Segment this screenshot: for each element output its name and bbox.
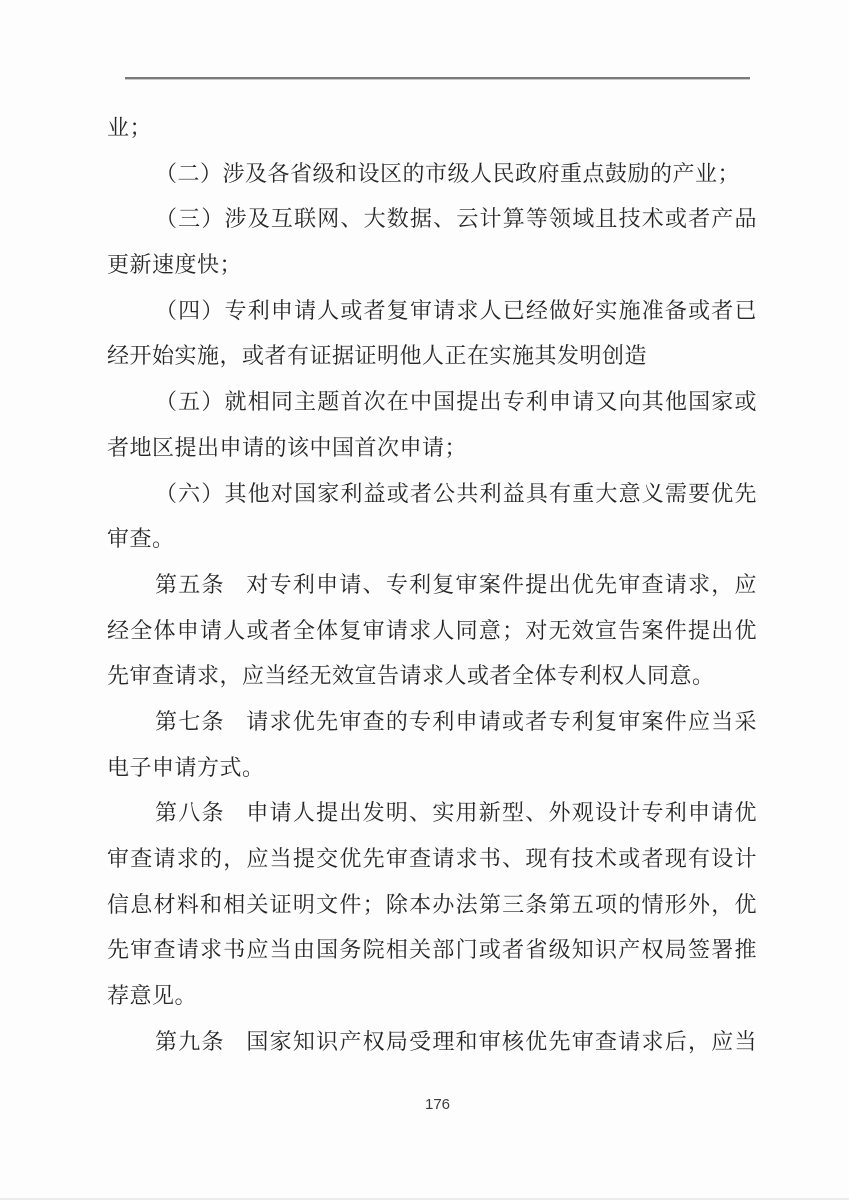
text-line: 第九条国家知识产权局受理和审核优先审查请求后，应当及 (107, 1019, 757, 1065)
text-line: （三）涉及互联网、大数据、云计算等领域且技术或者产品 (107, 196, 757, 242)
text-line: 第八条申请人提出发明、实用新型、外观设计专利申请优先 (107, 790, 757, 836)
text-line: 第七条请求优先审查的专利申请或者专利复审案件应当采用 (107, 699, 757, 745)
text-line: 更新速度快； (107, 242, 757, 288)
ideographic-space (225, 728, 246, 729)
text-line: （二）涉及各省级和设区的市级人民政府重点鼓励的产业； (107, 151, 757, 197)
text-line: 第五条对专利申请、专利复审案件提出优先审查请求，应当 (107, 562, 757, 608)
text-line: （四）专利申请人或者复审请求人已经做好实施准备或者已 (107, 288, 757, 334)
text-line: 经开始实施，或者有证据证明他人正在实施其发明创造 (107, 333, 757, 379)
text-line: （五）就相同主题首次在中国提出专利申请又向其他国家或 (107, 379, 757, 425)
text-line: 业； (107, 105, 757, 151)
text-line: 者地区提出申请的该中国首次申请； (107, 425, 757, 471)
text-line: 经全体申请人或者全体复审请求人同意；对无效宣告案件提出优 (107, 608, 757, 654)
text-line: 信息材料和相关证明文件；除本办法第三条第五项的情形外，优 (107, 882, 757, 928)
ideographic-space (225, 819, 246, 820)
text-line: 先审查请求书应当由国务院相关部门或者省级知识产权局签署推 (107, 927, 757, 973)
page-number: 176 (125, 1096, 750, 1113)
ideographic-space (225, 1048, 246, 1049)
ideographic-space (225, 591, 246, 592)
document-page: 业；（二）涉及各省级和设区的市级人民政府重点鼓励的产业；（三）涉及互联网、大数据… (0, 0, 849, 1200)
text-line: 荐意见。 (107, 973, 757, 1019)
text-line: 电子申请方式。 (107, 745, 757, 791)
document-body: 业；（二）涉及各省级和设区的市级人民政府重点鼓励的产业；（三）涉及互联网、大数据… (107, 105, 757, 1064)
text-line: 审查。 (107, 516, 757, 562)
text-line: 先审查请求，应当经无效宣告请求人或者全体专利权人同意。 (107, 653, 757, 699)
text-line: 审查请求的，应当提交优先审查请求书、现有技术或者现有设计 (107, 836, 757, 882)
text-line: （六）其他对国家利益或者公共利益具有重大意义需要优先 (107, 471, 757, 517)
header-rule (125, 77, 750, 79)
